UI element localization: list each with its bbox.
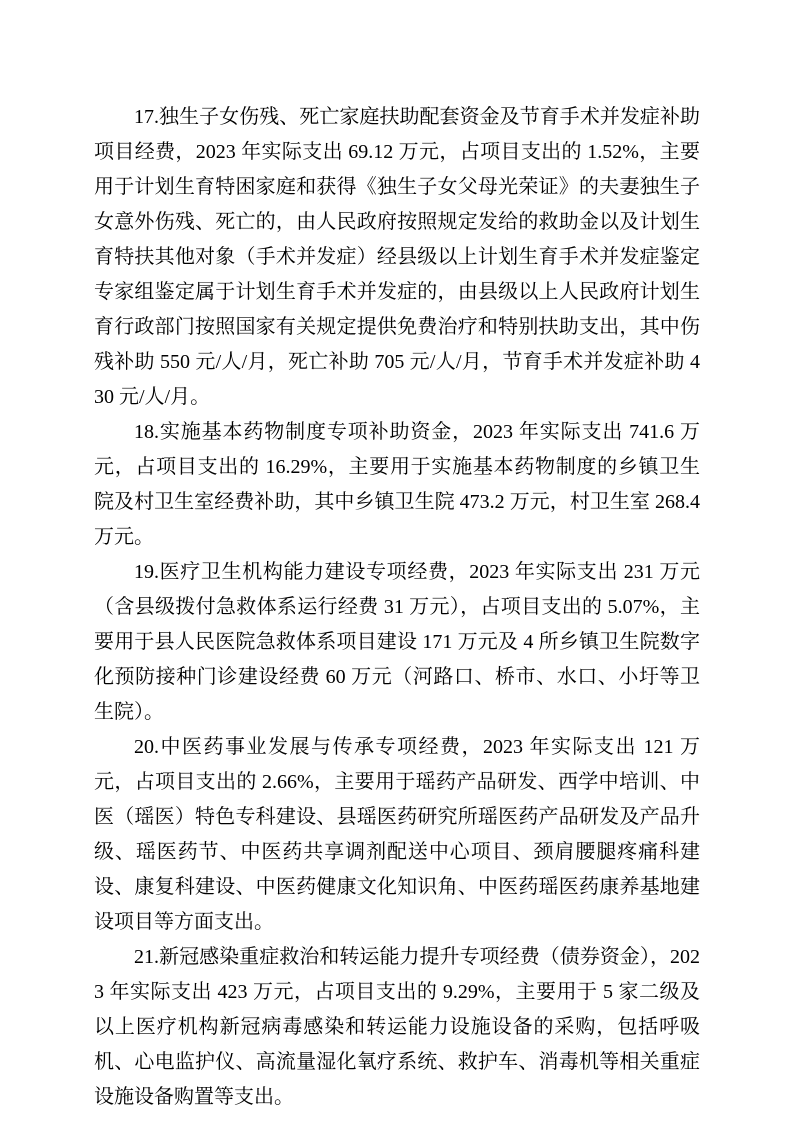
paragraph-item-21: 21.新冠感染重症救治和转运能力提升专项经费（债券资金），2023 年实际支出 … [94, 940, 700, 1115]
paragraph-item-20: 20.中医药事业发展与传承专项经费，2023 年实际支出 121 万元，占项目支… [94, 730, 700, 940]
paragraph-item-17: 17.独生子女伤残、死亡家庭扶助配套资金及节育手术并发症补助项目经费，2023 … [94, 100, 700, 415]
paragraph-item-18: 18.实施基本药物制度专项补助资金，2023 年实际支出 741.6 万元，占项… [94, 415, 700, 555]
document-page: 17.独生子女伤残、死亡家庭扶助配套资金及节育手术并发症补助项目经费，2023 … [0, 0, 793, 1122]
paragraph-item-19: 19.医疗卫生机构能力建设专项经费，2023 年实际支出 231 万元（含县级拨… [94, 555, 700, 730]
document-body: 17.独生子女伤残、死亡家庭扶助配套资金及节育手术并发症补助项目经费，2023 … [94, 100, 700, 1115]
